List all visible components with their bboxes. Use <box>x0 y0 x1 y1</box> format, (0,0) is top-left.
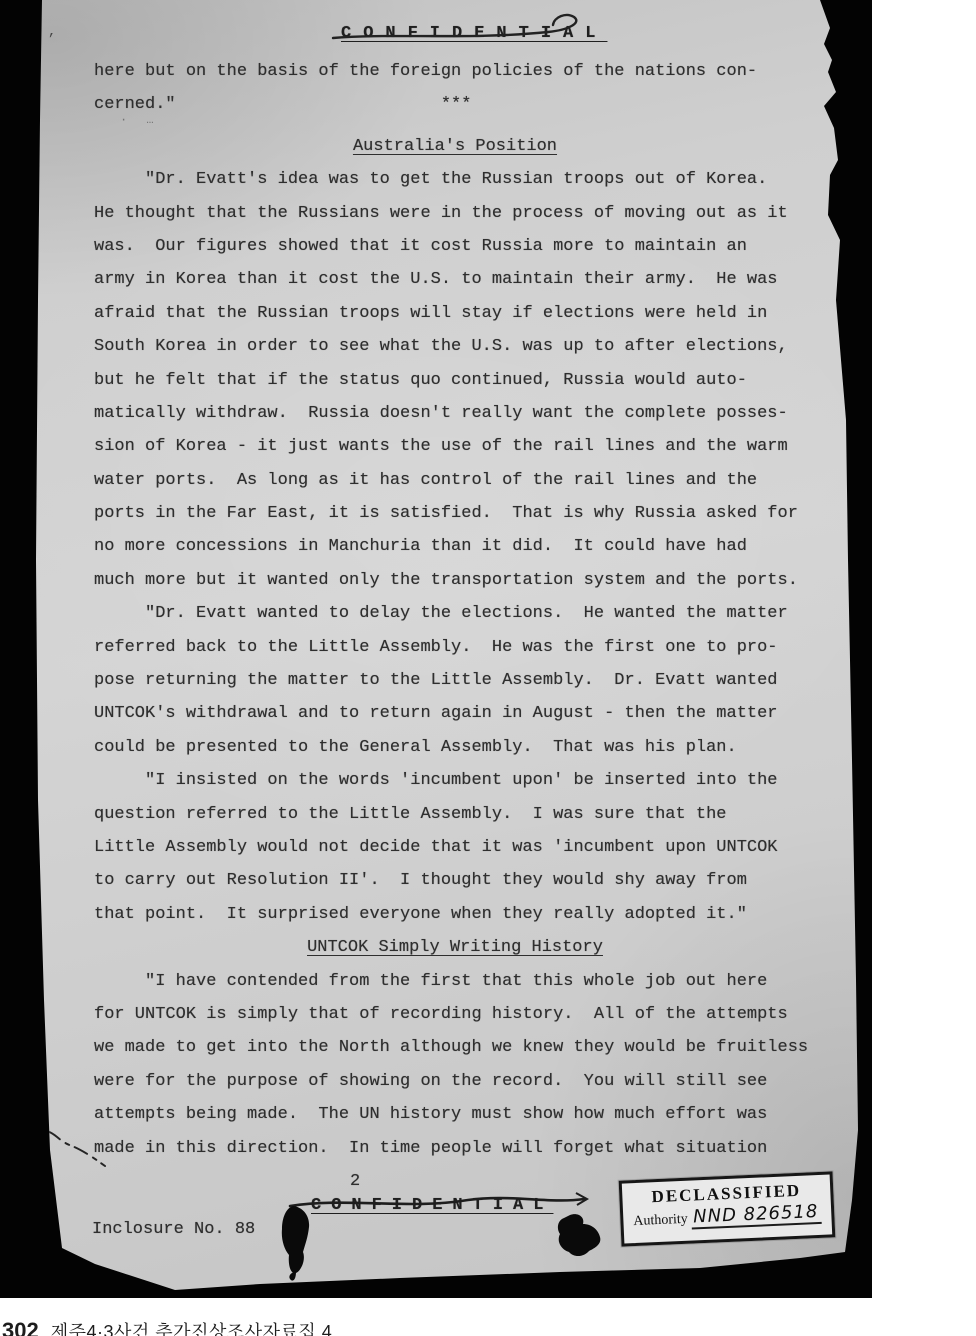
text-line: ports in the Far East, it is satisfied. … <box>94 497 816 530</box>
document-paper: CONFIDENTIAL ’ · … here but on the basis… <box>0 0 880 1300</box>
classification-header: CONFIDENTIAL <box>341 24 607 43</box>
ink-blot-left <box>282 1206 309 1273</box>
authority-label: Authority <box>633 1212 688 1229</box>
book-title: 제주4·3사건 추가진상조사자료집 4 <box>51 1322 333 1336</box>
text-line: army in Korea than it cost the U.S. to m… <box>94 263 816 296</box>
authority-handwritten-value: NND 826518 <box>691 1201 822 1230</box>
text-line: UNTCOK's withdrawal and to return again … <box>94 697 816 730</box>
text-line: could be presented to the General Assemb… <box>94 731 816 764</box>
text-line: He thought that the Russians were in the… <box>94 197 816 230</box>
text-line: were for the purpose of showing on the r… <box>94 1065 816 1098</box>
ink-blot-right <box>558 1214 600 1256</box>
classification-footer: CONFIDENTIAL <box>311 1196 553 1215</box>
text-line: matically withdraw. Russia doesn't reall… <box>94 397 816 430</box>
text-line: made in this direction. In time people w… <box>94 1132 816 1165</box>
text-line: but he felt that if the status quo conti… <box>94 364 816 397</box>
text-line: attempts being made. The UN history must… <box>94 1098 816 1131</box>
pencil-tick-mark: ’ <box>47 32 55 48</box>
section-heading: UNTCOK Simply Writing History <box>94 931 816 964</box>
text-line: sion of Korea - it just wants the use of… <box>94 430 816 463</box>
text-line: question referred to the Little Assembly… <box>94 798 816 831</box>
text-line: to carry out Resolution II'. I thought t… <box>94 864 816 897</box>
text-line: "Dr. Evatt's idea was to get the Russian… <box>94 163 816 196</box>
text-line: cerned." *** <box>94 88 816 121</box>
text-line: here but on the basis of the foreign pol… <box>94 55 816 88</box>
text-line: much more but it wanted only the transpo… <box>94 564 816 597</box>
text-line: water ports. As long as it has control o… <box>94 464 816 497</box>
text-line: "Dr. Evatt wanted to delay the elections… <box>94 597 816 630</box>
book-caption: 302제주4·3사건 추가진상조사자료집 4 <box>2 1318 332 1336</box>
section-heading: Australia's Position <box>94 130 816 163</box>
text-line: for UNTCOK is simply that of recording h… <box>94 998 816 1031</box>
text-line: "I have contended from the first that th… <box>94 965 816 998</box>
text-line: South Korea in order to see what the U.S… <box>94 330 816 363</box>
text-line: that point. It surprised everyone when t… <box>94 898 816 931</box>
text-line: "I insisted on the words 'incumbent upon… <box>94 764 816 797</box>
text-line: we made to get into the North although w… <box>94 1031 816 1064</box>
text-line: no more concessions in Manchuria than it… <box>94 530 816 563</box>
text-line: afraid that the Russian troops will stay… <box>94 297 816 330</box>
text-line: referred back to the Little Assembly. He… <box>94 631 816 664</box>
text-line: pose returning the matter to the Little … <box>94 664 816 697</box>
book-page-number: 302 <box>2 1318 39 1336</box>
typewritten-body: here but on the basis of the foreign pol… <box>94 55 816 1165</box>
inclosure-label: Inclosure No. 88 <box>92 1220 255 1239</box>
page-number: 2 <box>350 1172 360 1191</box>
ink-blot-left-tail <box>289 1272 296 1281</box>
text-line: Little Assembly would not decide that it… <box>94 831 816 864</box>
declassified-stamp: DECLASSIFIED Authority NND 826518 <box>619 1171 836 1246</box>
text-line: was. Our figures showed that it cost Rus… <box>94 230 816 263</box>
